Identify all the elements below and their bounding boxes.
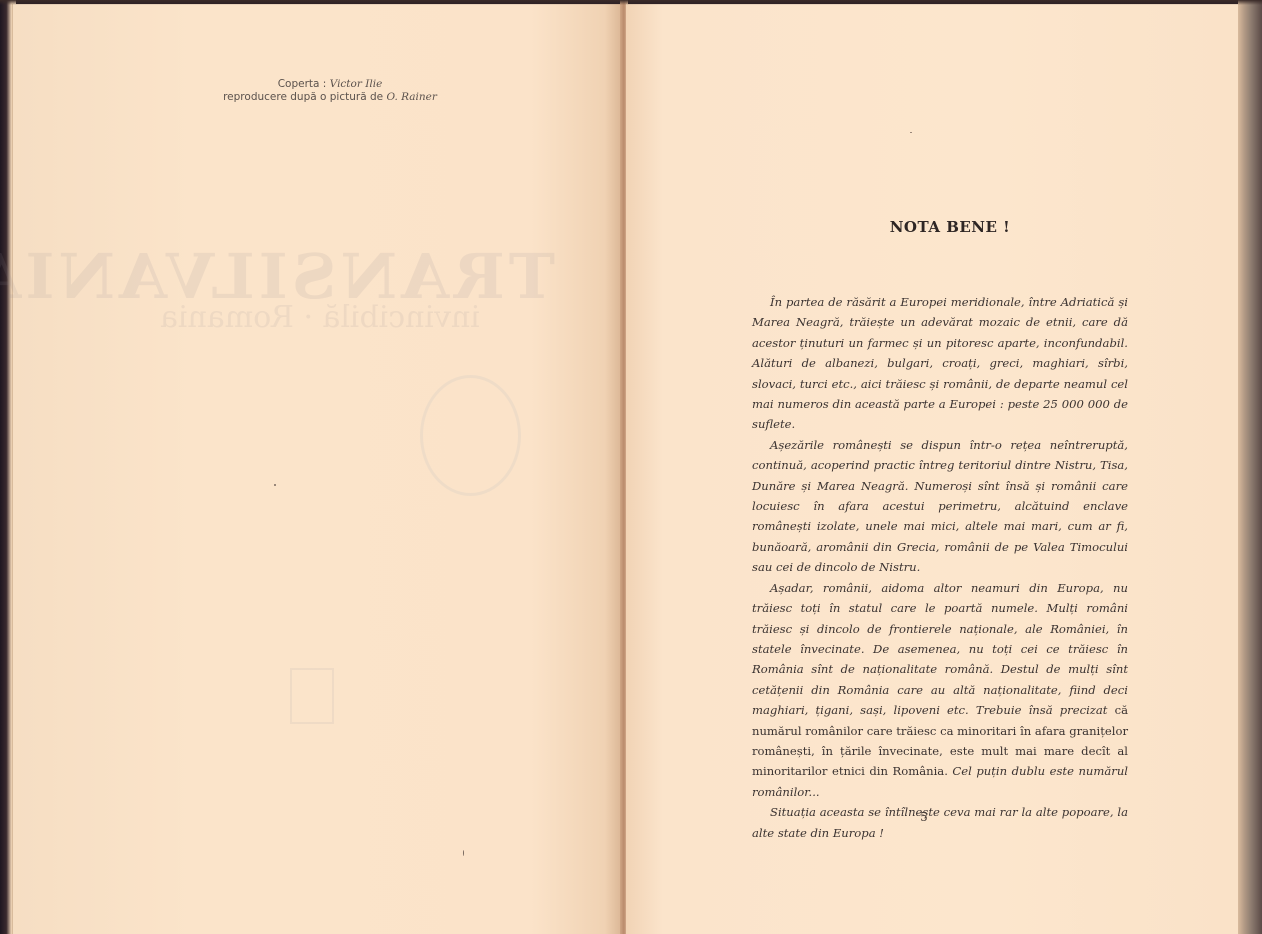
reproduction-label: reproducere după o pictură de: [223, 91, 386, 103]
page-heading: NOTA BENE !: [740, 218, 1160, 236]
paragraph: Situația aceasta se întîlnește ceva mai …: [752, 802, 1128, 843]
paper-speck: [274, 484, 276, 486]
paragraph: În partea de răsărit a Europei meridiona…: [752, 292, 1128, 435]
bleed-through-subtitle: invincibilă · Romania: [100, 300, 540, 335]
book-right-edge: [1238, 0, 1262, 934]
reproduction-credit-line: reproducere după o pictură de O. Rainer: [190, 91, 470, 104]
cover-artist: Victor Ilie: [330, 78, 383, 90]
bleed-through-emblem: [420, 375, 521, 496]
cover-credits: Coperta : Victor Ilie reproducere după o…: [190, 78, 470, 104]
cover-credit-line: Coperta : Victor Ilie: [190, 78, 470, 91]
painter-name: O. Rainer: [386, 91, 436, 103]
paragraph: Așadar, românii, aidoma altor neamuri di…: [752, 578, 1128, 802]
paragraph-italic-part: Așadar, românii, aidoma altor neamuri di…: [752, 581, 1128, 717]
bleed-through-logo: [290, 668, 334, 724]
paragraph: Așezările românești se dispun într-o reț…: [752, 435, 1128, 578]
left-page: [12, 4, 623, 934]
paper-speck: [910, 132, 912, 133]
body-text: În partea de răsărit a Europei meridiona…: [752, 292, 1128, 843]
book-spread: Coperta : Victor Ilie reproducere după o…: [0, 0, 1262, 934]
cover-label: Coperta :: [278, 78, 330, 90]
paper-speck: [463, 850, 464, 856]
page-number: 5: [916, 810, 932, 824]
top-shadow: [0, 0, 1262, 5]
